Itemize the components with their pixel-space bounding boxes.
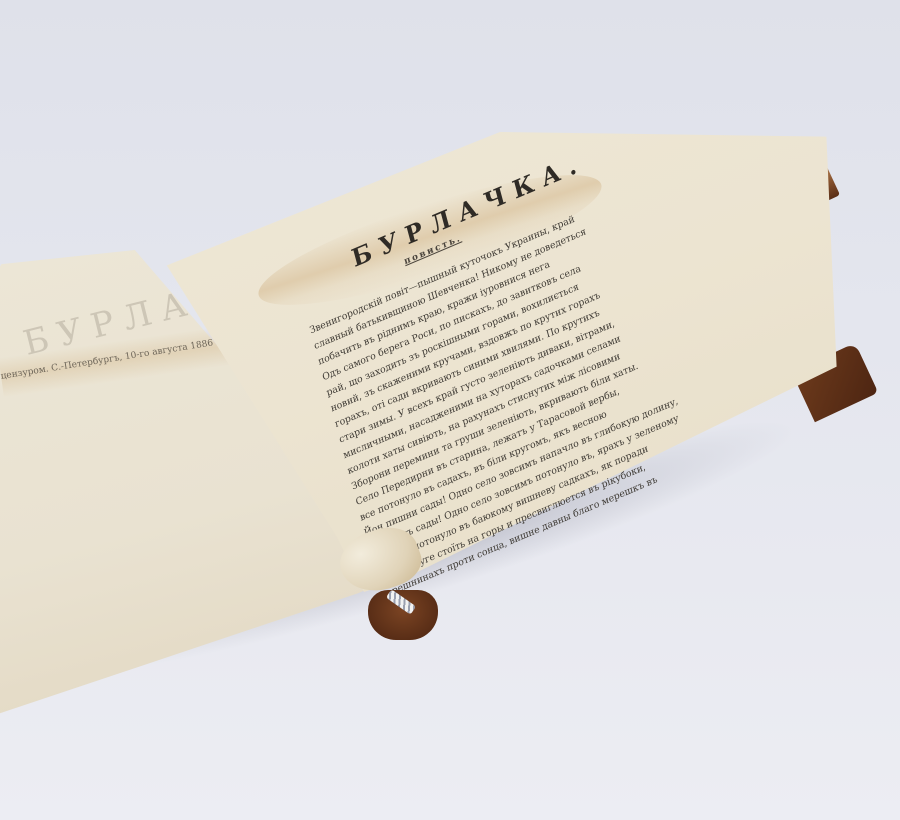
photo-scene: БУРЛАЧКА цензуром. С.-Петербургъ, 10-го … (0, 0, 900, 820)
right-page-text: БУРЛАЧКА. повисть. Звенигородскій повіт—… (275, 0, 899, 605)
